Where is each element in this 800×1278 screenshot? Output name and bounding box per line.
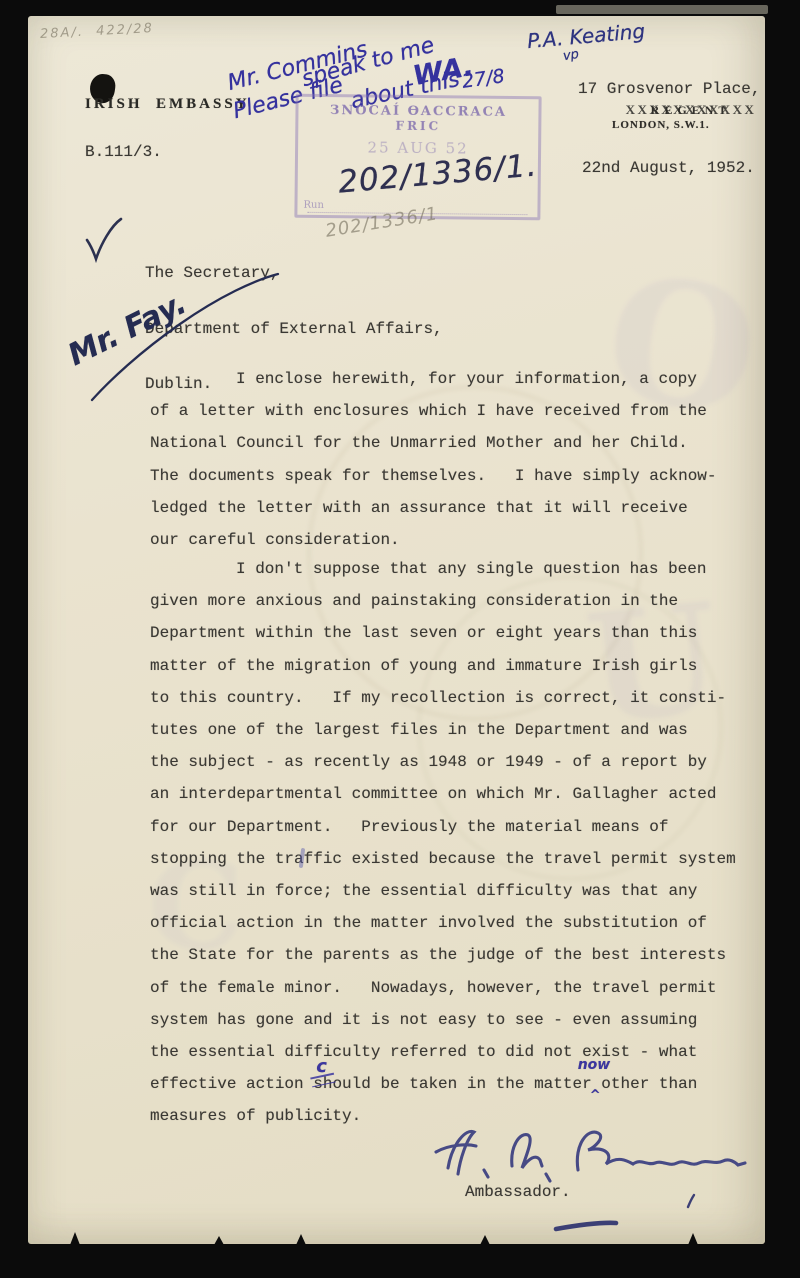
typed-line: to this country. If my recollection is c… — [150, 682, 762, 714]
typed-line: given more anxious and painstaking consi… — [150, 585, 762, 617]
signature-title: Ambassador. — [465, 1183, 571, 1201]
typed-line: the State for the parents as the judge o… — [150, 939, 762, 971]
inserted-letter: c — [316, 1051, 327, 1083]
caret-insertion: now^ — [592, 1068, 602, 1100]
typed-line: the essential difficulty referred to did… — [150, 1036, 762, 1068]
typed-line: our careful consideration. — [150, 524, 762, 556]
typed-line-corrected: effective action shcould be taken in the… — [150, 1068, 762, 1100]
letter-paper: O U C 28A/. 422/28 IRISH EMBASSY B.111/3… — [28, 16, 765, 1244]
typed-line: an interdepartmental committee on which … — [150, 778, 762, 810]
typed-line: matter of the migration of young and imm… — [150, 650, 762, 682]
typed-line: of a letter with enclosures which I have… — [150, 395, 762, 427]
typed-line: ledged the letter with an assurance that… — [150, 492, 762, 524]
paper-tear — [214, 1236, 224, 1245]
typed-x-overstrike: XXXXXXXXXXX — [606, 102, 776, 118]
scanned-letter-page: O U C 28A/. 422/28 IRISH EMBASSY B.111/3… — [0, 0, 800, 1278]
inserted-word: now — [578, 1049, 611, 1081]
typed-line: system has gone and it is not easy to se… — [150, 1004, 762, 1036]
typed-line: Department within the last seven or eigh… — [150, 617, 762, 649]
pencil-reference-note: 28A/. 422/28 — [40, 21, 155, 42]
name-annotation-mark: vp — [562, 47, 580, 64]
stamp-line1: ЗNÓCAÍ ӨACCRACA — [298, 103, 538, 121]
stamp-corner-text: Run — [303, 200, 324, 211]
corrected-line-post: other than — [601, 1075, 697, 1093]
paper-tear — [70, 1232, 80, 1245]
typed-line: for our Department. Previously the mater… — [150, 811, 762, 843]
pen-tick — [685, 1194, 697, 1210]
paper-tear — [296, 1234, 306, 1245]
typed-line: official action in the matter involved t… — [150, 907, 762, 939]
paper-tear — [688, 1233, 698, 1245]
typed-line: stopping the traffic existed because the… — [150, 843, 762, 875]
name-annotation: P.A. Keating — [526, 19, 646, 53]
typed-line: I enclose herewith, for your information… — [150, 363, 762, 395]
typed-line: tutes one of the largest files in the De… — [150, 714, 762, 746]
check-mark — [83, 216, 125, 266]
paper-tear — [480, 1235, 490, 1245]
stamp-line2: FRIC — [298, 118, 538, 135]
body-paragraph-2: I don't suppose that any single question… — [150, 553, 762, 1133]
struck-text: shc — [313, 1068, 332, 1100]
adjacent-sheet-edge — [556, 5, 768, 14]
typed-line: of the female minor. Nowadays, however, … — [150, 972, 762, 1004]
body-paragraph-1: I enclose herewith, for your information… — [150, 363, 762, 556]
corrected-line-mid: ould be taken in the matter — [332, 1075, 591, 1093]
struck-out-old-address: REGENT XXXXXXXXXXX — [606, 103, 776, 119]
letterhead-title: IRISH EMBASSY — [85, 96, 250, 113]
pen-dash — [553, 1219, 621, 1233]
letter-date: 22nd August, 1952. — [582, 159, 755, 177]
caret-icon: ^ — [590, 1080, 601, 1112]
embassy-address: 17 Grosvenor Place, — [578, 80, 760, 98]
typed-line: National Council for the Unmarried Mothe… — [150, 427, 762, 459]
corrected-line-pre: effective action — [150, 1075, 313, 1093]
typed-line: the subject - as recently as 1948 or 194… — [150, 746, 762, 778]
typed-line: was still in force; the essential diffic… — [150, 875, 762, 907]
typed-line: The documents speak for themselves. I ha… — [150, 460, 762, 492]
typed-line: I don't suppose that any single question… — [150, 553, 762, 585]
routing-date: 27/8 — [461, 65, 506, 93]
embassy-city: LONDON, S.W.1. — [612, 119, 710, 131]
reference-number: B.111/3. — [85, 143, 162, 161]
